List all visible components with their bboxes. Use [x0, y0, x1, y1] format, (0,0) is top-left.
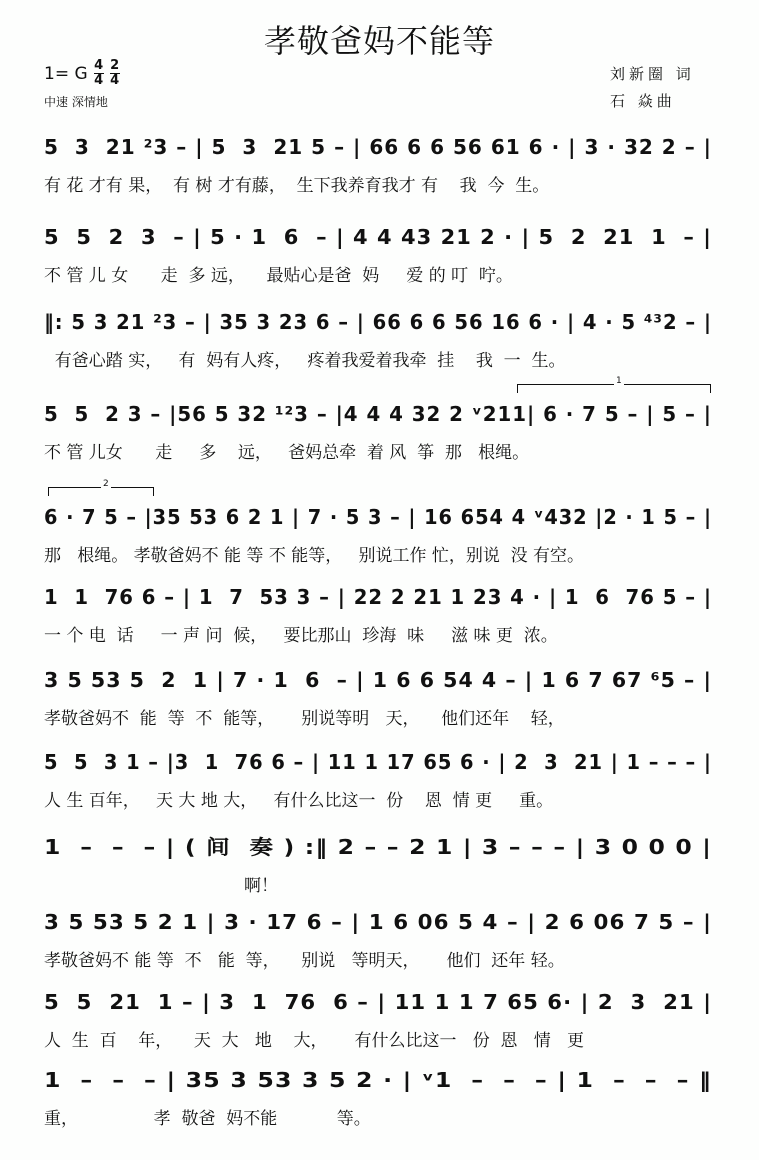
volta-bracket: 1 — [517, 384, 711, 393]
notation-row: 1 1 76 6 – | 1 7 53 3 – | 22 2 21 1 23 4… — [0, 585, 759, 615]
lyrics-row: 孝敬爸妈不 能 等 不 能等， 别说等明 天， 他们还年 轻， — [44, 704, 565, 729]
time-signature-4-4: 44 — [94, 60, 104, 87]
notation-text: 5 5 3 1 – |3 1 76 6 – | 11 1 17 65 6 · |… — [44, 750, 712, 774]
notation-row: 3 5 53 5 2 1 | 3 · 17 6 – | 1 6 06 5 4 –… — [0, 910, 759, 940]
lyrics-row: 一 个 电 话 一 声 问 候， 要比那山 珍海 味 滋 味 更 浓。 — [44, 621, 558, 646]
notation-row: ‖: 5 3 21 ²3 – | 35 3 23 6 – | 66 6 6 56… — [0, 310, 759, 340]
lyrics-row: 孝敬爸妈不 能 等 不 能 等， 别说 等明天， 他们 还年 轻。 — [44, 946, 565, 971]
notation-row: 5 5 2 3 – | 5 · 1 6 – | 4 4 43 21 2 · | … — [0, 225, 759, 255]
notation-row: 5 3 21 ²3 – | 5 3 21 5 – | 66 6 6 56 61 … — [0, 135, 759, 165]
composer-credit: 石 焱曲 — [610, 90, 676, 111]
notation-text: 3 5 53 5 2 1 | 7 · 1 6 – | 1 6 6 54 4 – … — [44, 668, 712, 692]
notation-text: 5 5 2 3 – | 5 · 1 6 – | 4 4 43 21 2 · | … — [44, 225, 712, 249]
lyrics-row: 人 生 百年， 天 大 地 大， 有什么比这一 份 恩 情 更 重。 — [44, 786, 553, 811]
notation-row: 3 5 53 5 2 1 | 7 · 1 6 – | 1 6 6 54 4 – … — [0, 668, 759, 698]
notation-text: 3 5 53 5 2 1 | 3 · 17 6 – | 1 6 06 5 4 –… — [44, 910, 712, 934]
notation-row: 1 – – – | 35 3 53 3 5 2 · | ᵛ1 – – – | 1… — [0, 1068, 759, 1098]
lyrics-row: 不 管 儿 女 走 多 远， 最贴心是爸 妈 爱 的 叮 咛。 — [44, 261, 513, 286]
key-label: 1= G — [44, 64, 88, 84]
lyrics-row: 那 根绳。 孝敬爸妈不 能 等 不 能等， 别说工作 忙，别说 没 有空。 — [44, 541, 584, 566]
notation-text: 5 3 21 ²3 – | 5 3 21 5 – | 66 6 6 56 61 … — [44, 135, 712, 159]
notation-text: 6 · 7 5 – |35 53 6 2 1 | 7 · 5 3 – | 16 … — [44, 505, 712, 529]
notation-text: ‖: 5 3 21 ²3 – | 35 3 23 6 – | 66 6 6 56… — [44, 310, 712, 334]
notation-text: 1 – – – | ( 间 奏 ) :‖ 2 – – 2 1 | 3 – – –… — [44, 835, 712, 859]
key-signature: 1= G 44 24 — [44, 60, 120, 87]
lyrics-row: 啊！ — [44, 871, 278, 896]
lyrics-row: 有爸心踏 实， 有 妈有人疼， 疼着我爱着我牵 挂 我 一 生。 — [44, 346, 565, 371]
song-title: 孝敬爸妈不能等 — [0, 16, 759, 62]
notation-row: 5 5 2 3 – |56 5 32 ¹²3 – |4 4 4 32 2 ᵛ21… — [0, 402, 759, 432]
tempo-marking: 中速 深情地 — [44, 93, 108, 110]
volta-number: 2 — [101, 479, 111, 489]
notation-row: 5 5 21 1 – | 3 1 76 6 – | 11 1 1 7 65 6·… — [0, 990, 759, 1020]
notation-text: 5 5 2 3 – |56 5 32 ¹²3 – |4 4 4 32 2 ᵛ21… — [44, 402, 712, 426]
notation-text: 1 1 76 6 – | 1 7 53 3 – | 22 2 21 1 23 4… — [44, 585, 712, 609]
time-signature-2-4: 24 — [110, 60, 120, 87]
lyricist-credit: 刘新圈 词 — [610, 63, 695, 84]
notation-text: 1 – – – | 35 3 53 3 5 2 · | ᵛ1 – – – | 1… — [44, 1068, 712, 1092]
lyrics-row: 重， 孝 敬爸 妈不能 等。 — [44, 1104, 371, 1129]
lyrics-row: 人 生 百 年， 天 大 地 大， 有什么比这一 份 恩 情 更 — [44, 1026, 584, 1051]
notation-text: 5 5 21 1 – | 3 1 76 6 – | 11 1 1 7 65 6·… — [44, 990, 712, 1014]
notation-row: 5 5 3 1 – |3 1 76 6 – | 11 1 17 65 6 · |… — [0, 750, 759, 780]
volta-number: 1 — [614, 376, 624, 386]
notation-row: 6 · 7 5 – |35 53 6 2 1 | 7 · 5 3 – | 16 … — [0, 505, 759, 535]
volta-bracket: 2 — [48, 487, 154, 496]
lyrics-row: 不 管 儿女 走 多 远， 爸妈总牵 着 风 筝 那 根绳。 — [44, 438, 529, 463]
lyrics-row: 有 花 才有 果， 有 树 才有藤， 生下我养育我才 有 我 今 生。 — [44, 171, 549, 196]
notation-row: 1 – – – | ( 间 奏 ) :‖ 2 – – 2 1 | 3 – – –… — [0, 835, 759, 865]
